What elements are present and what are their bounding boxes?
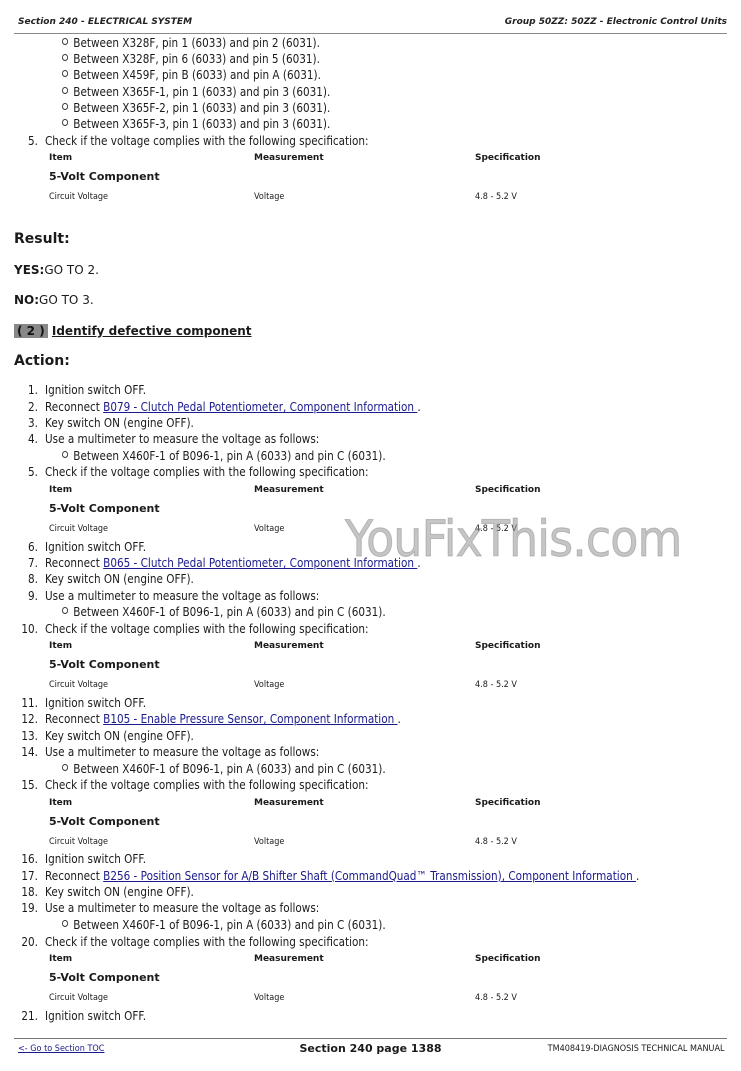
- step-text: Use a multimeter to measure the voltage …: [45, 431, 319, 447]
- bullet-icon: [62, 920, 68, 927]
- spec-header-item: Item: [49, 797, 72, 809]
- step-number: 7.: [17, 555, 38, 571]
- step-number: 15.: [17, 777, 38, 793]
- step-number: 18.: [17, 884, 38, 900]
- spec-header-measurement: Measurement: [254, 640, 324, 652]
- spec-item: Circuit Voltage: [49, 523, 108, 535]
- step-number: 10.: [17, 621, 38, 637]
- step-text: Check if the voltage complies with the f…: [45, 621, 369, 637]
- spec-item: Circuit Voltage: [49, 191, 108, 203]
- page-header: Section 240 - ELECTRICAL SYSTEM Group 50…: [18, 17, 727, 31]
- bullet-item: Between X460F-1 of B096-1, pin A (6033) …: [62, 604, 386, 620]
- spec-group: 5-Volt Component: [49, 658, 160, 672]
- result-yes: YES:GO TO 2.: [14, 262, 99, 278]
- step-text: Reconnect B105 - Enable Pressure Sensor,…: [45, 711, 401, 727]
- step-text: Ignition switch OFF.: [45, 695, 146, 711]
- bullet-icon: [62, 38, 68, 45]
- bullet-item: Between X365F-3, pin 1 (6033) and pin 3 …: [62, 116, 330, 132]
- step-text: Check if the voltage complies with the f…: [45, 464, 369, 480]
- spec-header-specification: Specification: [475, 953, 541, 965]
- bullet-text: Between X328F, pin 6 (6033) and pin 5 (6…: [73, 52, 320, 66]
- step-text: Key switch ON (engine OFF).: [45, 884, 194, 900]
- step-number: 6.: [17, 539, 38, 555]
- step-number: 5.: [17, 464, 38, 480]
- step-number: 20.: [17, 934, 38, 950]
- bullet-text: Between X460F-1 of B096-1, pin A (6033) …: [73, 918, 385, 932]
- bullet-text: Between X460F-1 of B096-1, pin A (6033) …: [73, 762, 385, 776]
- header-divider: [14, 33, 727, 34]
- step-text: Check if the voltage complies with the f…: [45, 133, 369, 149]
- step-heading: ( 2 ) Identify defective component: [14, 323, 252, 339]
- spec-measurement: Voltage: [254, 191, 284, 203]
- bullet-item: Between X460F-1 of B096-1, pin A (6033) …: [62, 761, 386, 777]
- spec-header-specification: Specification: [475, 152, 541, 164]
- step-text: Use a multimeter to measure the voltage …: [45, 900, 319, 916]
- step-text: Ignition switch OFF.: [45, 539, 146, 555]
- step-number: 11.: [17, 695, 38, 711]
- bullet-icon: [62, 451, 68, 458]
- spec-value: 4.8 - 5.2 V: [475, 679, 517, 691]
- spec-header-measurement: Measurement: [254, 152, 324, 164]
- spec-group: 5-Volt Component: [49, 170, 160, 184]
- bullet-item: Between X328F, pin 1 (6033) and pin 2 (6…: [62, 35, 320, 51]
- component-info-link[interactable]: B256 - Position Sensor for A/B Shifter S…: [103, 869, 636, 883]
- spec-value: 4.8 - 5.2 V: [475, 191, 517, 203]
- step-text: Key switch ON (engine OFF).: [45, 571, 194, 587]
- manual-title: TM408419-DIAGNOSIS TECHNICAL MANUAL: [548, 1044, 725, 1054]
- spec-header-measurement: Measurement: [254, 484, 324, 496]
- bullet-item: Between X365F-1, pin 1 (6033) and pin 3 …: [62, 84, 330, 100]
- step-text: Check if the voltage complies with the f…: [45, 777, 369, 793]
- step-text: Reconnect B256 - Position Sensor for A/B…: [45, 868, 639, 884]
- spec-measurement: Voltage: [254, 992, 284, 1004]
- bullet-text: Between X365F-3, pin 1 (6033) and pin 3 …: [73, 117, 330, 131]
- bullet-icon: [62, 70, 68, 77]
- spec-header-item: Item: [49, 152, 72, 164]
- step-number: 2.: [17, 399, 38, 415]
- step-number: 1.: [17, 382, 38, 398]
- bullet-item: Between X328F, pin 6 (6033) and pin 5 (6…: [62, 51, 320, 67]
- step-number: 19.: [17, 900, 38, 916]
- footer-divider: [14, 1038, 727, 1039]
- bullet-icon: [62, 764, 68, 771]
- bullet-text: Between X328F, pin 1 (6033) and pin 2 (6…: [73, 36, 320, 50]
- step-tag: ( 2 ): [14, 324, 48, 338]
- step-number: 9.: [17, 588, 38, 604]
- step-text: Key switch ON (engine OFF).: [45, 415, 194, 431]
- watermark: YouFixThis.com: [345, 510, 681, 568]
- spec-measurement: Voltage: [254, 679, 284, 691]
- component-info-link[interactable]: B105 - Enable Pressure Sensor, Component…: [103, 712, 397, 726]
- step-text: Ignition switch OFF.: [45, 1008, 146, 1024]
- bullet-text: Between X459F, pin B (6033) and pin A (6…: [73, 68, 321, 82]
- bullet-icon: [62, 54, 68, 61]
- spec-header-specification: Specification: [475, 640, 541, 652]
- result-no: NO:GO TO 3.: [14, 292, 94, 308]
- bullet-item: Between X460F-1 of B096-1, pin A (6033) …: [62, 917, 386, 933]
- spec-group: 5-Volt Component: [49, 502, 160, 516]
- spec-header-specification: Specification: [475, 484, 541, 496]
- spec-group: 5-Volt Component: [49, 971, 160, 985]
- step-number: 13.: [17, 728, 38, 744]
- spec-group: 5-Volt Component: [49, 815, 160, 829]
- step-number: 12.: [17, 711, 38, 727]
- spec-header-item: Item: [49, 484, 72, 496]
- step-number: 8.: [17, 571, 38, 587]
- bullet-icon: [62, 119, 68, 126]
- bullet-item: Between X459F, pin B (6033) and pin A (6…: [62, 67, 321, 83]
- step-number: 16.: [17, 851, 38, 867]
- step-text: Ignition switch OFF.: [45, 851, 146, 867]
- spec-measurement: Voltage: [254, 836, 284, 848]
- spec-item: Circuit Voltage: [49, 836, 108, 848]
- step-number: 3.: [17, 415, 38, 431]
- step-number: 14.: [17, 744, 38, 760]
- step-text: Key switch ON (engine OFF).: [45, 728, 194, 744]
- bullet-item: Between X365F-2, pin 1 (6033) and pin 3 …: [62, 100, 330, 116]
- bullet-icon: [62, 103, 68, 110]
- bullet-icon: [62, 607, 68, 614]
- bullet-text: Between X365F-2, pin 1 (6033) and pin 3 …: [73, 101, 330, 115]
- spec-header-item: Item: [49, 640, 72, 652]
- action-heading: Action:: [14, 352, 70, 370]
- step-text: Ignition switch OFF.: [45, 382, 146, 398]
- spec-header-measurement: Measurement: [254, 797, 324, 809]
- bullet-item: Between X460F-1 of B096-1, pin A (6033) …: [62, 448, 386, 464]
- spec-header-specification: Specification: [475, 797, 541, 809]
- result-heading: Result:: [14, 230, 70, 248]
- bullet-icon: [62, 87, 68, 94]
- step-number: 21.: [17, 1008, 38, 1024]
- spec-item: Circuit Voltage: [49, 679, 108, 691]
- spec-value: 4.8 - 5.2 V: [475, 836, 517, 848]
- component-info-link[interactable]: B079 - Clutch Pedal Potentiometer, Compo…: [103, 400, 417, 414]
- spec-item: Circuit Voltage: [49, 992, 108, 1004]
- spec-header-measurement: Measurement: [254, 953, 324, 965]
- section-title: Section 240 - ELECTRICAL SYSTEM: [18, 17, 192, 31]
- step-number: 17.: [17, 868, 38, 884]
- step-text: Check if the voltage complies with the f…: [45, 934, 369, 950]
- step-text: Reconnect B079 - Clutch Pedal Potentiome…: [45, 399, 421, 415]
- step-number: 4.: [17, 431, 38, 447]
- spec-measurement: Voltage: [254, 523, 284, 535]
- step-title-text: Identify defective component: [52, 324, 252, 338]
- group-title: Group 50ZZ: 50ZZ - Electronic Control Un…: [505, 17, 727, 31]
- bullet-text: Between X460F-1 of B096-1, pin A (6033) …: [73, 449, 385, 463]
- step-text: Use a multimeter to measure the voltage …: [45, 588, 319, 604]
- step-text: Use a multimeter to measure the voltage …: [45, 744, 319, 760]
- spec-header-item: Item: [49, 953, 72, 965]
- bullet-text: Between X365F-1, pin 1 (6033) and pin 3 …: [73, 85, 330, 99]
- spec-value: 4.8 - 5.2 V: [475, 992, 517, 1004]
- bullet-text: Between X460F-1 of B096-1, pin A (6033) …: [73, 605, 385, 619]
- step-number: 5.: [17, 133, 38, 149]
